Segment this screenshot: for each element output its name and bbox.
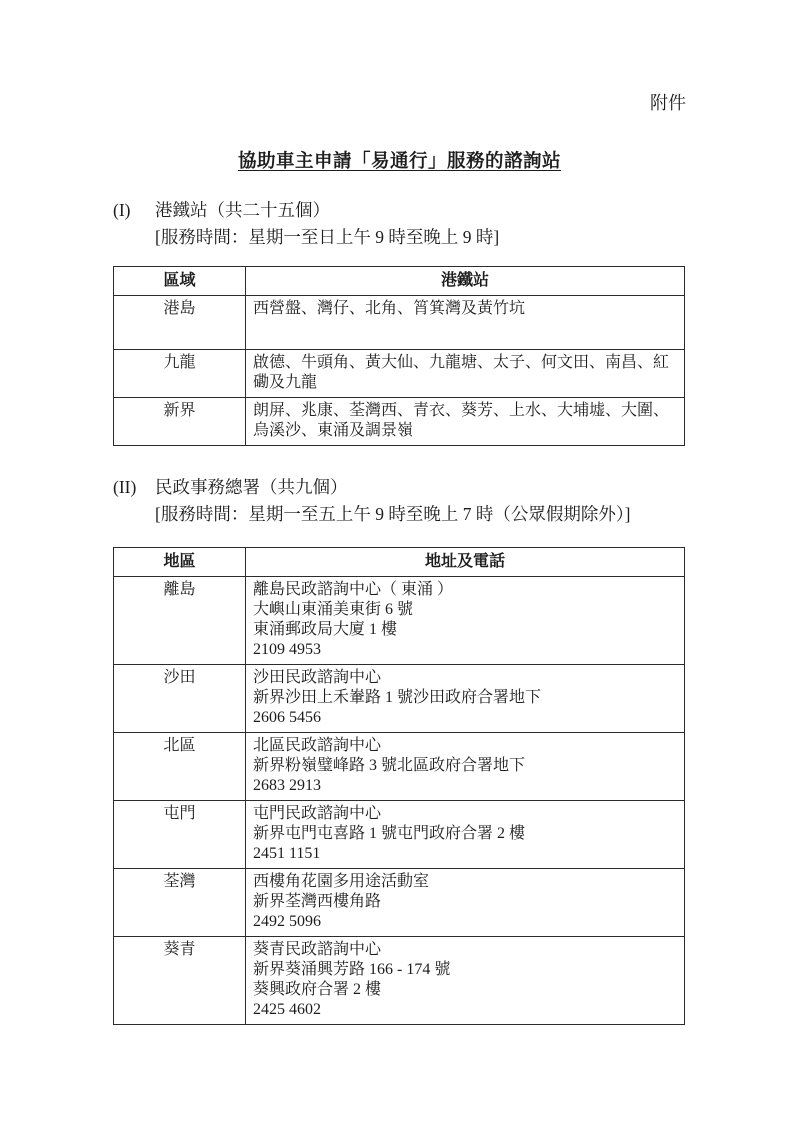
enquiry-row-tsuen-wan: 荃灣 西樓角花園多用途活動室 新界荃灣西樓角路 2492 5096 bbox=[114, 869, 685, 937]
phone-line: 2425 4602 bbox=[253, 1000, 677, 1020]
district-cell: 屯門 bbox=[114, 801, 246, 869]
document-title: 協助車主申請「易通行」服務的諮詢站 bbox=[113, 147, 686, 173]
section-mtr-stations: (I) 港鐵站（共二十五個） [服務時間：星期一至日上午 9 時至晚上 9 時]… bbox=[113, 199, 686, 446]
enquiry-row-sha-tin: 沙田 沙田民政諮詢中心 新界沙田上禾輋路 1 號沙田政府合署地下 2606 54… bbox=[114, 665, 685, 733]
section-1-heading-row: (I) 港鐵站（共二十五個） bbox=[113, 199, 686, 222]
phone-line: 2606 5456 bbox=[253, 708, 677, 728]
address-line: 葵青民政諮詢中心 bbox=[253, 940, 677, 960]
document-page: 附件 協助車主申請「易通行」服務的諮詢站 (I) 港鐵站（共二十五個） [服務時… bbox=[0, 0, 800, 1131]
mtr-table-header-row: 區域 港鐵站 bbox=[114, 267, 685, 296]
enquiry-row-kwai-tsing: 葵青 葵青民政諮詢中心 新界葵涌興芳路 166 - 174 號 葵興政府合署 2… bbox=[114, 937, 685, 1025]
address-cell: 沙田民政諮詢中心 新界沙田上禾輋路 1 號沙田政府合署地下 2606 5456 bbox=[246, 665, 685, 733]
section-2-heading: 民政事務總署（共九個） bbox=[155, 476, 348, 499]
region-cell: 港島 bbox=[114, 296, 246, 350]
address-line: 新界沙田上禾輋路 1 號沙田政府合署地下 bbox=[253, 688, 677, 708]
address-line: 新界屯門屯喜路 1 號屯門政府合署 2 樓 bbox=[253, 824, 677, 844]
station-list-line: 朗屏、兆康、荃灣西、青衣、葵芳、上水、大埔墟、大圍、 bbox=[253, 401, 677, 421]
address-line: 北區民政諮詢中心 bbox=[253, 736, 677, 756]
address-line: 東涌郵政局大廈 1 樓 bbox=[253, 620, 677, 640]
phone-line: 2683 2913 bbox=[253, 776, 677, 796]
station-list-line: 烏溪沙、東涌及調景嶺 bbox=[253, 421, 677, 441]
enquiry-table-header-row: 地區 地址及電話 bbox=[114, 548, 685, 577]
mtr-header-stations: 港鐵站 bbox=[246, 267, 685, 296]
mtr-row-kowloon: 九龍 啟德、牛頭角、黃大仙、九龍塘、太子、何文田、南昌、紅 磡及九龍 bbox=[114, 350, 685, 398]
region-cell: 九龍 bbox=[114, 350, 246, 398]
section-home-affairs: (II) 民政事務總署（共九個） [服務時間：星期一至五上午 9 時至晚上 7 … bbox=[113, 476, 686, 1025]
address-line: 新界粉嶺璧峰路 3 號北區政府合署地下 bbox=[253, 756, 677, 776]
station-list-line: 西營盤、灣仔、北角、筲箕灣及黃竹坑 bbox=[253, 299, 677, 319]
section-1-numeral: (I) bbox=[113, 199, 155, 222]
address-line: 沙田民政諮詢中心 bbox=[253, 668, 677, 688]
section-1-service-hours: [服務時間：星期一至日上午 9 時至晚上 9 時] bbox=[155, 226, 686, 249]
section-1-heading: 港鐵站（共二十五個） bbox=[155, 199, 330, 222]
mtr-row-hong-kong-island: 港島 西營盤、灣仔、北角、筲箕灣及黃竹坑 bbox=[114, 296, 685, 350]
mtr-stations-table: 區域 港鐵站 港島 西營盤、灣仔、北角、筲箕灣及黃竹坑 九龍 啟德、牛頭角、黃大… bbox=[113, 266, 685, 446]
region-cell: 新界 bbox=[114, 398, 246, 446]
stations-cell: 西營盤、灣仔、北角、筲箕灣及黃竹坑 bbox=[246, 296, 685, 350]
phone-line: 2492 5096 bbox=[253, 912, 677, 932]
district-cell: 荃灣 bbox=[114, 869, 246, 937]
district-cell: 北區 bbox=[114, 733, 246, 801]
section-2-service-hours: [服務時間：星期一至五上午 9 時至晚上 7 時（公眾假期除外）] bbox=[155, 503, 686, 526]
address-line: 屯門民政諮詢中心 bbox=[253, 804, 677, 824]
mtr-header-region: 區域 bbox=[114, 267, 246, 296]
station-list-line: 啟德、牛頭角、黃大仙、九龍塘、太子、何文田、南昌、紅 bbox=[253, 353, 677, 373]
address-cell: 西樓角花園多用途活動室 新界荃灣西樓角路 2492 5096 bbox=[246, 869, 685, 937]
section-2-heading-row: (II) 民政事務總署（共九個） bbox=[113, 476, 686, 499]
enquiry-row-north: 北區 北區民政諮詢中心 新界粉嶺璧峰路 3 號北區政府合署地下 2683 291… bbox=[114, 733, 685, 801]
district-cell: 沙田 bbox=[114, 665, 246, 733]
address-cell: 北區民政諮詢中心 新界粉嶺璧峰路 3 號北區政府合署地下 2683 2913 bbox=[246, 733, 685, 801]
address-line: 西樓角花園多用途活動室 bbox=[253, 872, 677, 892]
station-list-line: 磡及九龍 bbox=[253, 373, 677, 393]
enquiry-header-district: 地區 bbox=[114, 548, 246, 577]
section-2-numeral: (II) bbox=[113, 476, 155, 499]
address-line: 新界荃灣西樓角路 bbox=[253, 892, 677, 912]
phone-line: 2451 1151 bbox=[253, 844, 677, 864]
mtr-row-new-territories: 新界 朗屏、兆康、荃灣西、青衣、葵芳、上水、大埔墟、大圍、 烏溪沙、東涌及調景嶺 bbox=[114, 398, 685, 446]
district-cell: 離島 bbox=[114, 577, 246, 665]
address-line: 新界葵涌興芳路 166 - 174 號 bbox=[253, 960, 677, 980]
address-line: 葵興政府合署 2 樓 bbox=[253, 980, 677, 1000]
enquiry-centres-table: 地區 地址及電話 離島 離島民政諮詢中心（ 東涌 ） 大嶼山東涌美東街 6 號 … bbox=[113, 547, 685, 1025]
district-cell: 葵青 bbox=[114, 937, 246, 1025]
phone-line: 2109 4953 bbox=[253, 640, 677, 660]
attachment-label: 附件 bbox=[113, 92, 686, 115]
address-cell: 屯門民政諮詢中心 新界屯門屯喜路 1 號屯門政府合署 2 樓 2451 1151 bbox=[246, 801, 685, 869]
address-line: 大嶼山東涌美東街 6 號 bbox=[253, 600, 677, 620]
enquiry-header-address: 地址及電話 bbox=[246, 548, 685, 577]
enquiry-row-tuen-mun: 屯門 屯門民政諮詢中心 新界屯門屯喜路 1 號屯門政府合署 2 樓 2451 1… bbox=[114, 801, 685, 869]
enquiry-row-islands: 離島 離島民政諮詢中心（ 東涌 ） 大嶼山東涌美東街 6 號 東涌郵政局大廈 1… bbox=[114, 577, 685, 665]
address-cell: 葵青民政諮詢中心 新界葵涌興芳路 166 - 174 號 葵興政府合署 2 樓 … bbox=[246, 937, 685, 1025]
address-line: 離島民政諮詢中心（ 東涌 ） bbox=[253, 580, 677, 600]
stations-cell: 啟德、牛頭角、黃大仙、九龍塘、太子、何文田、南昌、紅 磡及九龍 bbox=[246, 350, 685, 398]
stations-cell: 朗屏、兆康、荃灣西、青衣、葵芳、上水、大埔墟、大圍、 烏溪沙、東涌及調景嶺 bbox=[246, 398, 685, 446]
address-cell: 離島民政諮詢中心（ 東涌 ） 大嶼山東涌美東街 6 號 東涌郵政局大廈 1 樓 … bbox=[246, 577, 685, 665]
